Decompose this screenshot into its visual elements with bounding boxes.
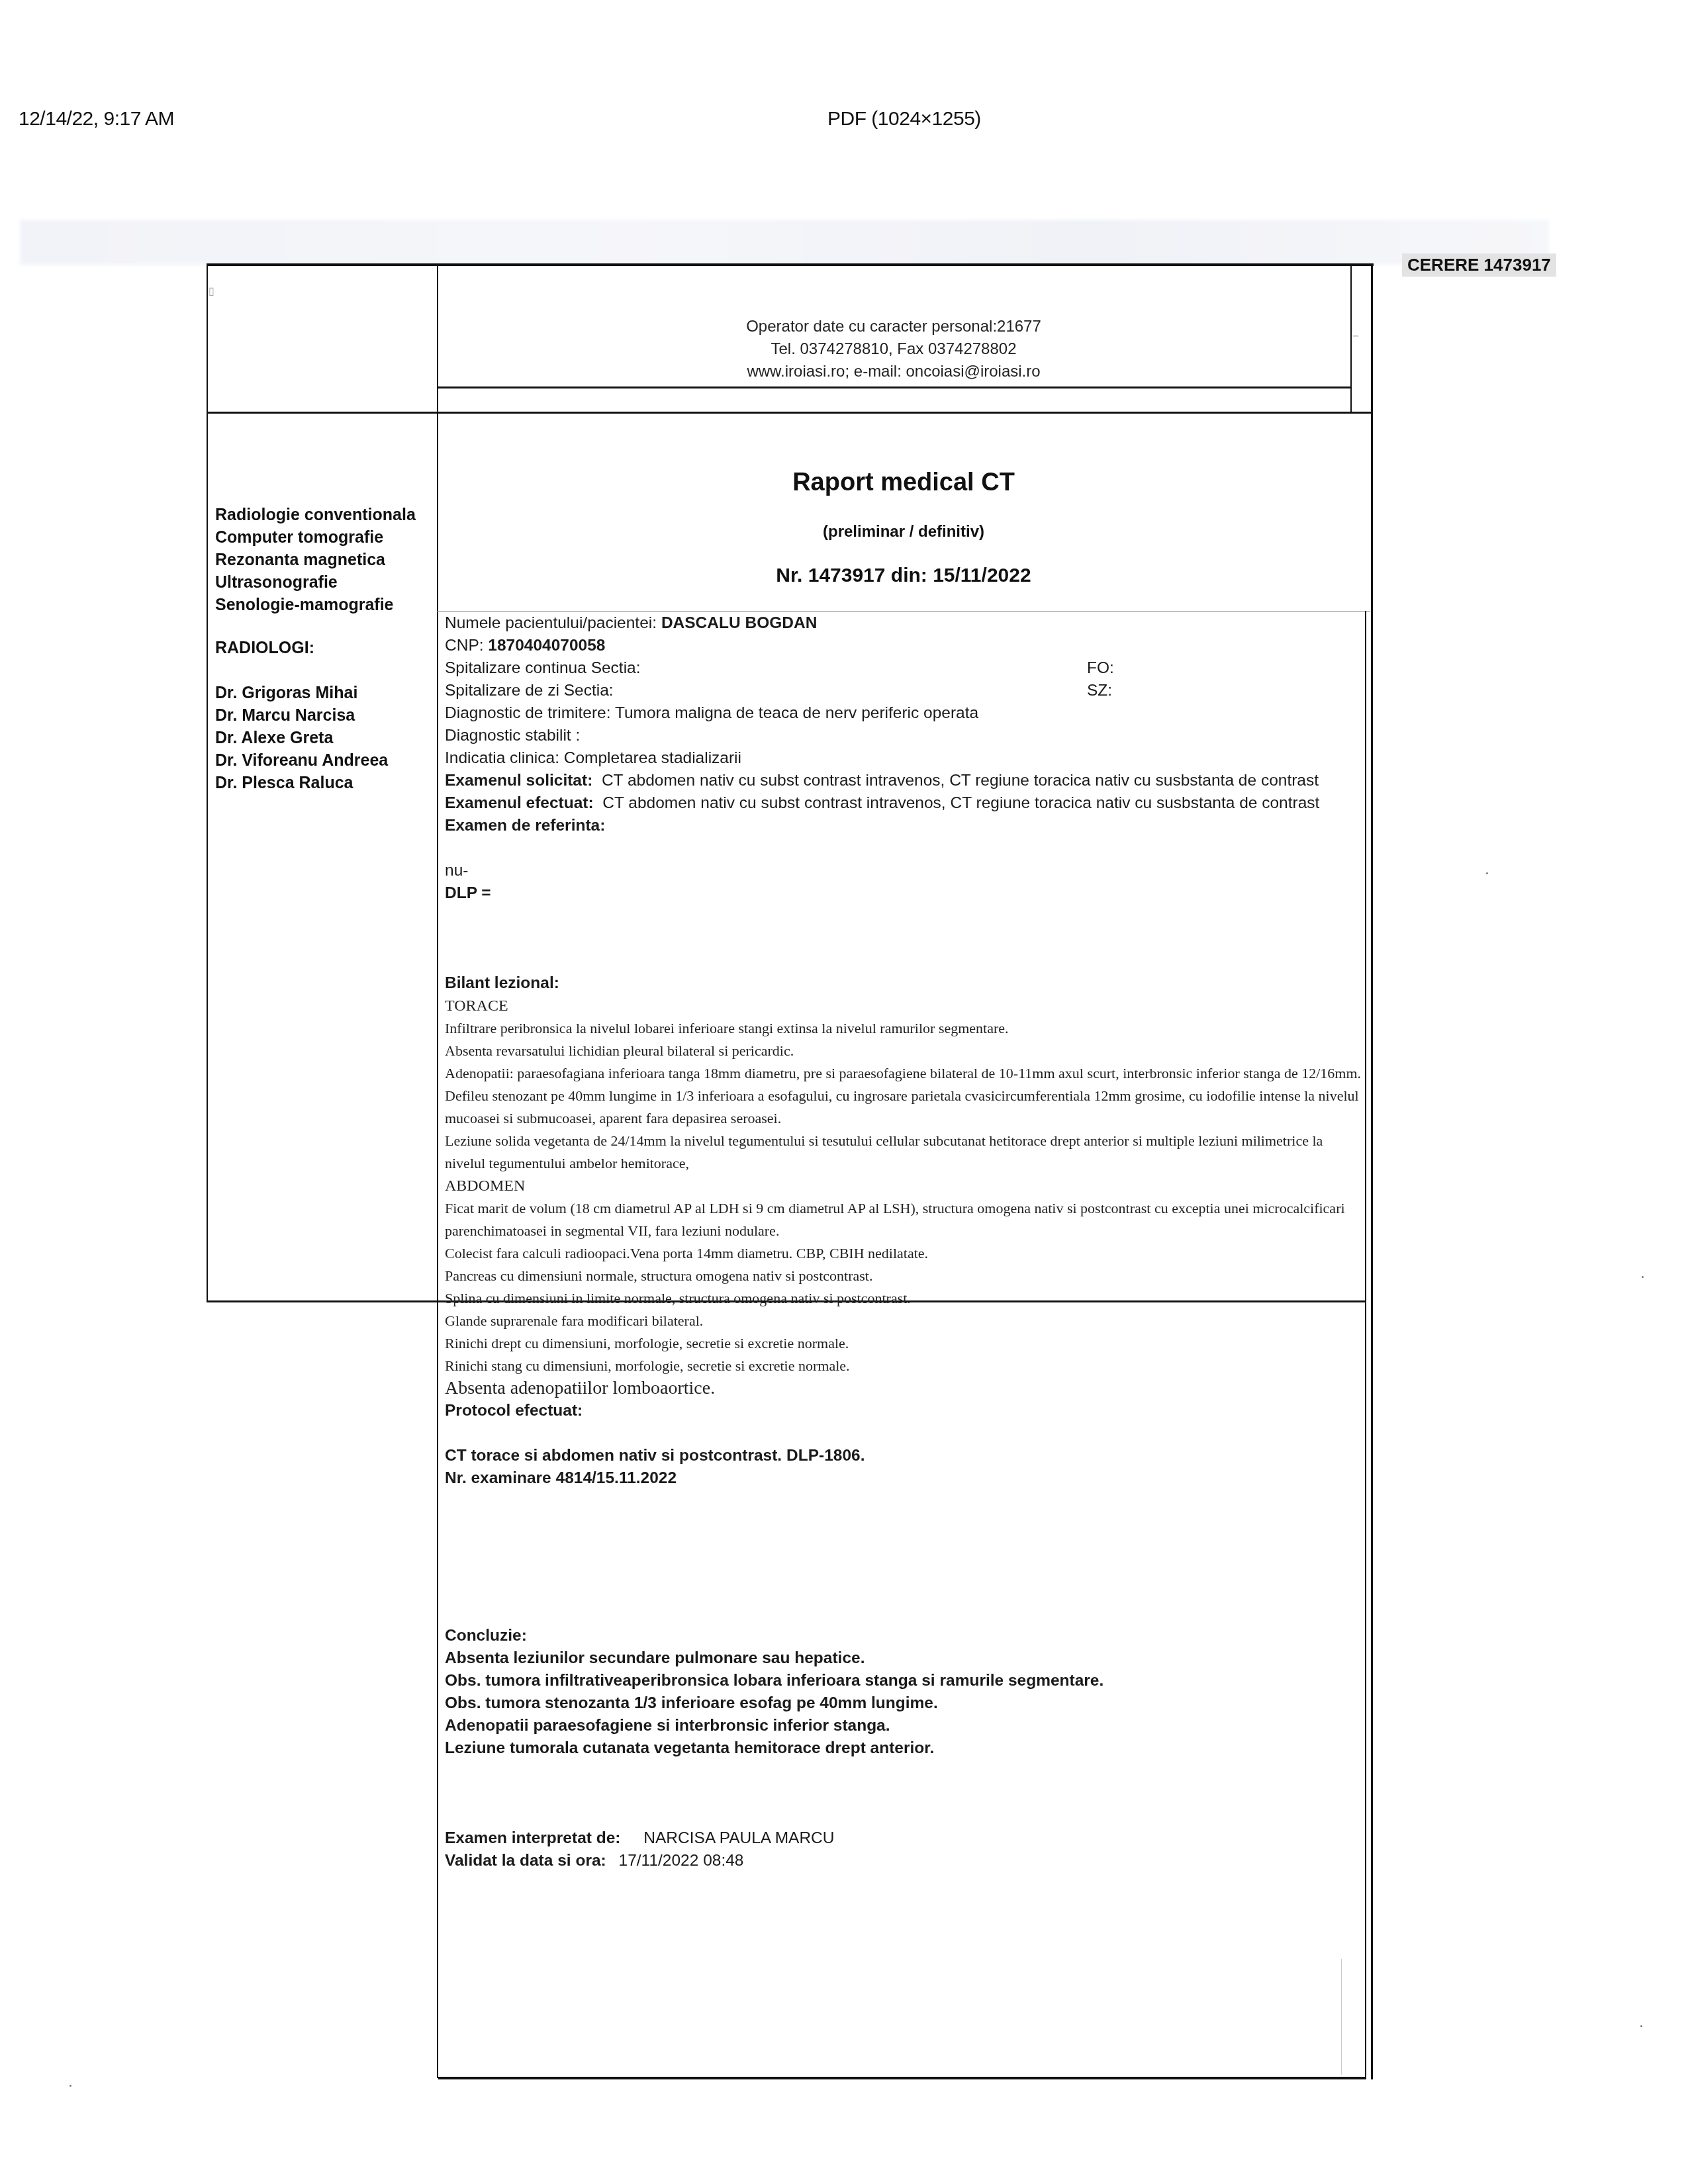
established-diagnosis: Diagnostic stabilit : bbox=[445, 725, 1365, 747]
department-item: Senologie-mamografie bbox=[215, 594, 416, 616]
conclusion-text: Leziune tumorala cutanata vegetanta hemi… bbox=[445, 1739, 934, 1757]
scan-mark: ▯ bbox=[209, 285, 214, 298]
interpreted-by-row: Examen interpretat de: NARCISA PAULA MAR… bbox=[445, 1827, 1365, 1850]
abdomen-finding: Colecist fara calculi radioopaci.Vena po… bbox=[445, 1242, 1365, 1265]
continuous-stay-label: Spitalizare continua Sectia: bbox=[445, 659, 641, 677]
radiologist-item: Dr. Marcu Narcisa bbox=[215, 704, 388, 727]
abdomen-finding: Glande suprarenale fara modificari bilat… bbox=[445, 1310, 1365, 1332]
requested-exam-label: Examenul solicitat: bbox=[445, 772, 592, 790]
clinical-indication: Indicatia clinica: Completarea stadializ… bbox=[445, 747, 1365, 770]
scan-mark: ▫▫ bbox=[1353, 331, 1359, 340]
scan-artifact-strip bbox=[20, 220, 1549, 265]
radiologist-item: Dr. Grigoras Mihai bbox=[215, 682, 388, 704]
protocol-line-text: CT torace si abdomen nativ si postcontra… bbox=[445, 1447, 865, 1465]
print-datetime: 12/14/22, 9:17 AM bbox=[19, 108, 174, 130]
conclusion-text: Absenta leziunilor secundare pulmonare s… bbox=[445, 1649, 865, 1667]
operator-line: Operator date cu caracter personal:21677 bbox=[437, 316, 1350, 338]
scan-dot bbox=[70, 2085, 71, 2087]
abdomen-finding-last: Absenta adenopatiilor lomboaortice. bbox=[445, 1377, 1365, 1400]
abdomen-finding: Rinichi stang cu dimensiuni, morfologie,… bbox=[445, 1355, 1365, 1377]
protocol-line: Nr. examinare 4814/15.11.2022 bbox=[445, 1467, 1365, 1490]
interpreted-by-value: NARCISA PAULA MARCU bbox=[643, 1829, 834, 1847]
validated-row: Validat la data si ora: 17/11/2022 08:48 bbox=[445, 1850, 1365, 1872]
patient-name-label: Numele pacientului/pacientei: bbox=[445, 614, 657, 632]
protocol-line-text: Nr. examinare 4814/15.11.2022 bbox=[445, 1469, 677, 1487]
thorax-finding: Infiltrare peribronsica la nivelul lobar… bbox=[445, 1017, 1365, 1040]
department-item: Computer tomografie bbox=[215, 526, 416, 549]
radiologist-item: Dr. Alexe Greta bbox=[215, 727, 388, 749]
conclusion-text: Adenopatii paraesofagiene si interbronsi… bbox=[445, 1717, 890, 1735]
sz-label: SZ: bbox=[1087, 680, 1112, 702]
continuous-stay-row: Spitalizare continua Sectia: FO: bbox=[445, 657, 1365, 680]
conclusion-line: Obs. tumora stenozanta 1/3 inferioare es… bbox=[445, 1692, 1365, 1715]
conclusion-line: Leziune tumorala cutanata vegetanta hemi… bbox=[445, 1737, 1365, 1760]
abdomen-finding: Ficat marit de volum (18 cm diametrul AP… bbox=[445, 1197, 1365, 1242]
validated-label: Validat la data si ora: bbox=[445, 1852, 606, 1870]
print-title: PDF (1024×1255) bbox=[827, 108, 981, 130]
performed-exam-label: Examenul efectuat: bbox=[445, 794, 594, 812]
patient-name-row: Numele pacientului/pacientei: DASCALU BO… bbox=[445, 612, 1365, 635]
conclusion-line: Absenta leziunilor secundare pulmonare s… bbox=[445, 1647, 1365, 1670]
thorax-heading: TORACE bbox=[445, 995, 1365, 1017]
radiologists-heading: RADIOLOGI: bbox=[215, 637, 314, 659]
web-email-line[interactable]: www.iroiasi.ro; e-mail: oncoiasi@iroiasi… bbox=[437, 361, 1350, 383]
reference-exam-value: nu- bbox=[445, 860, 1365, 882]
report-title: Raport medical CT bbox=[437, 469, 1370, 497]
conclusion-heading-text: Concluzie: bbox=[445, 1627, 527, 1645]
department-list: Radiologie conventionala Computer tomogr… bbox=[215, 504, 416, 616]
conclusion-heading: Concluzie: bbox=[445, 1625, 1365, 1647]
dlp-text: DLP = bbox=[445, 884, 491, 902]
protocol-heading-text: Protocol efectuat: bbox=[445, 1402, 583, 1420]
reference-exam-label: Examen de referinta: bbox=[445, 815, 1365, 837]
abdomen-finding: Splina cu dimensiuni in limite normale, … bbox=[445, 1287, 1365, 1310]
scan-dot bbox=[1642, 1276, 1644, 1278]
performed-exam-value: CT abdomen nativ cu subst contrast intra… bbox=[602, 794, 1319, 812]
radiologist-list: Dr. Grigoras Mihai Dr. Marcu Narcisa Dr.… bbox=[215, 682, 388, 794]
abdomen-finding: Rinichi drept cu dimensiuni, morfologie,… bbox=[445, 1332, 1365, 1355]
report-status: (preliminar / definitiv) bbox=[437, 523, 1370, 541]
conclusion-line: Adenopatii paraesofagiene si interbronsi… bbox=[445, 1715, 1365, 1737]
abdomen-heading: ABDOMEN bbox=[445, 1175, 1365, 1197]
findings-heading-text: Bilant lezional: bbox=[445, 974, 559, 992]
conclusion-line: Obs. tumora infiltrativeaperibronsica lo… bbox=[445, 1670, 1365, 1692]
findings-heading: Bilant lezional: bbox=[445, 972, 1365, 995]
performed-exam: Examenul efectuat: CT abdomen nativ cu s… bbox=[445, 792, 1365, 815]
protocol-line: CT torace si abdomen nativ si postcontra… bbox=[445, 1445, 1365, 1467]
cnp-row: CNP: 1870404070058 bbox=[445, 635, 1365, 657]
requested-exam: Examenul solicitat: CT abdomen nativ cu … bbox=[445, 770, 1365, 792]
patient-name-value: DASCALU BOGDAN bbox=[661, 614, 817, 632]
thorax-finding: Defileu stenozant pe 40mm lungime in 1/3… bbox=[445, 1085, 1365, 1130]
request-badge: CERERE 1473917 bbox=[1402, 253, 1556, 277]
report-body: Numele pacientului/pacientei: DASCALU BO… bbox=[445, 612, 1365, 1872]
abdomen-finding: Pancreas cu dimensiuni normale, structur… bbox=[445, 1265, 1365, 1287]
reference-exam-heading: Examen de referinta: bbox=[445, 817, 605, 835]
requested-exam-value: CT abdomen nativ cu subst contrast intra… bbox=[602, 772, 1319, 790]
dlp-label: DLP = bbox=[445, 882, 1365, 905]
interpreted-by-label: Examen interpretat de: bbox=[445, 1829, 621, 1847]
operator-contact-info: Operator date cu caracter personal:21677… bbox=[437, 316, 1350, 383]
conclusion-text: Obs. tumora infiltrativeaperibronsica lo… bbox=[445, 1672, 1103, 1690]
scan-dot bbox=[1486, 872, 1488, 874]
department-item: Rezonanta magnetica bbox=[215, 549, 416, 571]
radiologist-item: Dr. Viforeanu Andreea bbox=[215, 749, 388, 772]
conclusion-text: Obs. tumora stenozanta 1/3 inferioare es… bbox=[445, 1694, 938, 1712]
validated-value: 17/11/2022 08:48 bbox=[619, 1852, 744, 1870]
report-number: Nr. 1473917 din: 15/11/2022 bbox=[437, 565, 1370, 587]
scan-dot bbox=[1640, 2025, 1642, 2027]
radiologist-item: Dr. Plesca Raluca bbox=[215, 772, 388, 794]
department-item: Radiologie conventionala bbox=[215, 504, 416, 526]
thorax-finding: Adenopatii: paraesofagiana inferioara ta… bbox=[445, 1062, 1365, 1085]
phone-line: Tel. 0374278810, Fax 0374278802 bbox=[437, 338, 1350, 361]
protocol-heading: Protocol efectuat: bbox=[445, 1400, 1365, 1422]
day-stay-row: Spitalizare de zi Sectia: SZ: bbox=[445, 680, 1365, 702]
day-stay-label: Spitalizare de zi Sectia: bbox=[445, 682, 614, 700]
cnp-value: 1870404070058 bbox=[488, 637, 605, 655]
fo-label: FO: bbox=[1087, 657, 1114, 680]
cnp-label: CNP: bbox=[445, 637, 484, 655]
thorax-finding: Leziune solida vegetanta de 24/14mm la n… bbox=[445, 1130, 1365, 1175]
thorax-finding: Absenta revarsatului lichidian pleural b… bbox=[445, 1040, 1365, 1062]
department-item: Ultrasonografie bbox=[215, 571, 416, 594]
referral-diagnosis: Diagnostic de trimitere: Tumora maligna … bbox=[445, 702, 1365, 725]
